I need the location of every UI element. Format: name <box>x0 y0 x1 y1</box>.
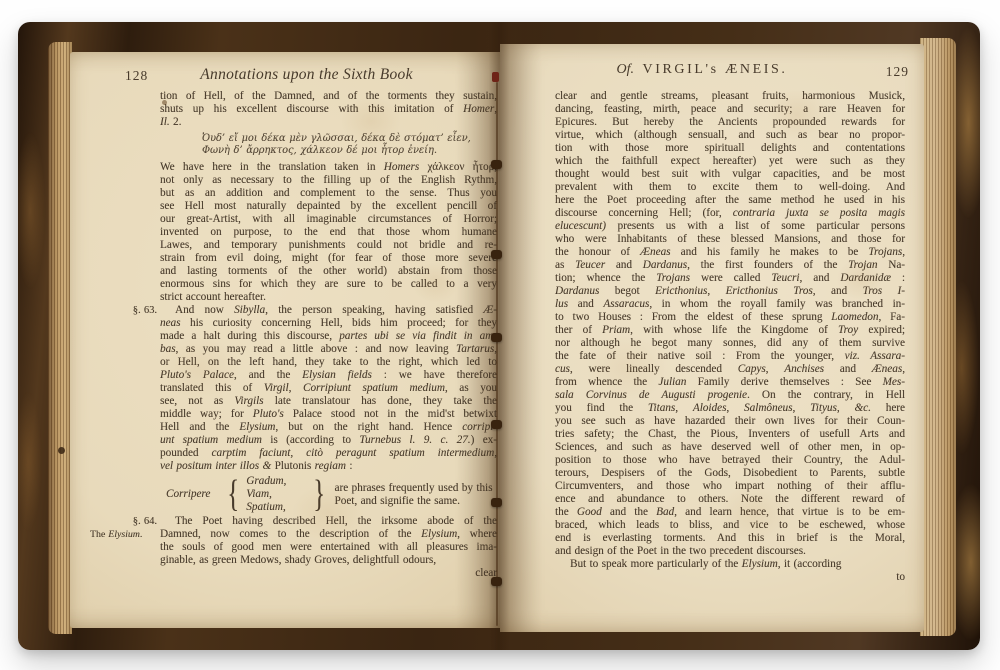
text-line: end is everlasting torments. And this in… <box>555 532 905 545</box>
paragraph-row: §. 64.The Elysium. The Poet having descr… <box>70 515 500 567</box>
binding-mark <box>492 72 499 82</box>
text-line: discourse concerning Hell; (for, contrar… <box>555 207 905 220</box>
paragraph-row: We have here in the translation taken in… <box>70 161 500 304</box>
text-line: pounded carptim faciunt, citò peragunt s… <box>160 447 497 460</box>
paragraph-row: Corripere { Gradum,Viam,Spatium, } are p… <box>70 473 500 515</box>
paragraph-row: §. 63. And now Sibylla, the person speak… <box>70 304 500 473</box>
text-line: And now Sibylla, the person speaking, ha… <box>160 304 497 317</box>
text-line: Φωνὴ δ’ ἄρρηκτος, χάλκεον δέ μοι ἦτορ ἐν… <box>202 145 497 157</box>
right-page-body: clear and gentle streams, pleasant fruit… <box>500 90 924 584</box>
margin-column <box>90 90 160 129</box>
text-line: lus and Assaracus, in whom the royall fa… <box>555 298 905 311</box>
book: 128 Annotations upon the Sixth Book tion… <box>18 22 980 650</box>
text-line: thought would best suit with vulgar capa… <box>555 168 905 181</box>
right-page-header: Of. VIRGIL's ÆNEIS. 129 <box>500 62 905 86</box>
stitch-knot <box>491 498 502 507</box>
text-line: §. 63. <box>90 304 157 317</box>
text-line: which the faithfull expect hereafter) ye… <box>555 155 905 168</box>
paragraph-closing: But to speak more particularly of the El… <box>555 558 905 571</box>
text-line: Circumventers, and those who impart noth… <box>555 480 905 493</box>
page-edges-left <box>48 42 72 634</box>
text-line: from whence the Julian Family derive the… <box>555 376 905 389</box>
stitch-knot <box>491 250 502 259</box>
running-title-right: Of. VIRGIL's ÆNEIS. <box>527 62 877 78</box>
margin-column <box>90 473 160 515</box>
paragraph-section-64: The Poet having described Hell, the irks… <box>160 515 497 567</box>
paragraph-main: clear and gentle streams, pleasant fruit… <box>555 90 905 558</box>
page-number-right: 129 <box>886 64 909 80</box>
foxing-spot <box>58 447 65 454</box>
text-line: cus, were lineally descended Capys, Anch… <box>555 363 905 376</box>
margin-column <box>90 567 160 580</box>
text-line: Epicures. But hereby the Ancients propou… <box>555 116 905 129</box>
text-line: but as an addition and complement to the… <box>160 187 497 200</box>
foxing-spot <box>162 100 167 105</box>
text-line: Sciences, and such as have deserved well… <box>555 441 905 454</box>
text-line: middle way; for Pluto's Palace stood not… <box>160 408 497 421</box>
text-line: clear and gentle streams, pleasant fruit… <box>555 90 905 103</box>
paragraph-section-63: And now Sibylla, the person speaking, ha… <box>160 304 497 473</box>
left-page-header: 128 Annotations upon the Sixth Book <box>70 66 500 90</box>
text-line: the fate of their native soil : From the… <box>555 350 905 363</box>
text-line: The Elysium. <box>90 528 157 541</box>
text-line: We have here in the translation taken in… <box>160 161 497 174</box>
text-line: tries safety; the Chast, the Pious, Inve… <box>555 428 905 441</box>
text-line: made a halt during this discourse, parte… <box>160 330 497 343</box>
text-line: virtue, which (although sensuall, and su… <box>555 129 905 142</box>
text-line: elucescunt) presents us with a list of s… <box>555 220 905 233</box>
left-page-body: tion of Hell, of the Damned, and of the … <box>70 90 500 580</box>
text-line: are phrases frequently used by this <box>335 482 498 495</box>
paragraph-continuation: tion of Hell, of the Damned, and of the … <box>160 90 497 129</box>
running-title-left: Annotations upon the Sixth Book <box>138 66 475 84</box>
text-line: see Hell most naturally depainted by the… <box>160 200 497 213</box>
text-line: tion; whence the Trojans were called Teu… <box>555 272 905 285</box>
brace-table: Corripere { Gradum,Viam,Spatium, } are p… <box>160 475 497 514</box>
text-line: not only as necessary to the filling up … <box>160 174 497 187</box>
text-line: the honour of Æneas and his family he ma… <box>555 246 905 259</box>
text-line: and design of the Poet in the two preced… <box>555 545 905 558</box>
running-title-prefix: Of. <box>617 62 635 77</box>
text-line: to two Houses : From the eldest of these… <box>555 311 905 324</box>
catchword-right: to <box>555 571 905 584</box>
text-line: translated this of Virgil, Corripiunt sp… <box>160 382 497 395</box>
text-line: ginable, as green Medows, shady Groves, … <box>160 554 497 567</box>
text-line: who were Inhabitants of these blessed Ma… <box>555 233 905 246</box>
text-line: as Teucer and Dardanus, the first founde… <box>555 259 905 272</box>
text-line: Poet, and signifie the same. <box>335 495 498 508</box>
text-line: Gradum, <box>246 475 310 488</box>
catchword-left: clear <box>160 567 497 580</box>
text-line: or Hell, on the left hand, they take to … <box>160 356 497 369</box>
text-line: braced, which leads to bliss, and vice t… <box>555 519 905 532</box>
text-line: nor although he begot many sonnes, did a… <box>555 337 905 350</box>
text-line: invented on purpose, to the end that tho… <box>160 226 497 239</box>
text-line: §. 64. <box>90 515 157 528</box>
text-line: you find the Titans, Aloides, Salmôneus,… <box>555 402 905 415</box>
text-line: unt spatium medium is (according to Turn… <box>160 434 497 447</box>
text-line: Il. 2. <box>160 116 497 129</box>
text-line: strain from evil doing, might (for fear … <box>160 252 497 265</box>
left-page: 128 Annotations upon the Sixth Book tion… <box>70 52 500 628</box>
text-line: neas his curiosity concerning Hell, bids… <box>160 317 497 330</box>
text-line: Dardanus begot Ericthonius, Ericthonius … <box>555 285 905 298</box>
text-line: The Poet having described Hell, the irks… <box>160 515 497 528</box>
text-line: vel positum inter illos & Plutonis regia… <box>160 460 497 473</box>
margin-column <box>90 161 160 304</box>
text-line: strict account hereafter. <box>160 291 497 304</box>
text-line: Lawes, and temporary punishments could n… <box>160 239 497 252</box>
text-line: tion with those more spirituall delights… <box>555 142 905 155</box>
left-brace-glyph: { <box>227 475 239 513</box>
right-page: Of. VIRGIL's ÆNEIS. 129 clear and gentle… <box>500 44 924 632</box>
paragraph-translation: We have here in the translation taken in… <box>160 161 497 304</box>
text-line: enormous sins for which they are sure to… <box>160 278 497 291</box>
text-line: Ὀυδ’ εἴ μοι δέκα μὲν γλῶσσαι, δέκα δὲ στ… <box>202 133 497 145</box>
text-line: dancing, feasting, mirth, peace and secu… <box>555 103 905 116</box>
text-line: shuts up his excellent discourse with th… <box>160 103 497 116</box>
stitch-knot <box>491 420 502 429</box>
paragraph-row: tion of Hell, of the Damned, and of the … <box>70 90 500 129</box>
running-title-main: VIRGIL's ÆNEIS. <box>643 62 788 77</box>
text-line: Damned, now comes to the description of … <box>160 528 497 541</box>
greek-quotation: Ὀυδ’ εἴ μοι δέκα μὲν γλῶσσαι, δέκα δὲ στ… <box>160 133 497 157</box>
text-line: Hell and the Elysium, but on the right h… <box>160 421 497 434</box>
text-line: But to speak more particularly of the El… <box>555 558 905 571</box>
text-line: Viam, <box>246 488 310 501</box>
brace-label: Corripere <box>160 488 224 501</box>
text-line: the Good and the Bad, and learn hence, t… <box>555 506 905 519</box>
right-brace-glyph: } <box>313 475 325 513</box>
stitch-knot <box>491 333 502 342</box>
stitch-knot <box>491 577 502 586</box>
fore-edge-right <box>920 38 956 636</box>
stitch-knot <box>491 160 502 169</box>
margin-note-section-64: §. 64.The Elysium. <box>90 515 160 567</box>
text-line: prevalent with them to excite them to we… <box>555 181 905 194</box>
binding-gutter <box>488 82 506 626</box>
text-line: sala Corvinus de Augusti progenie. On th… <box>555 389 905 402</box>
photo-background: 128 Annotations upon the Sixth Book tion… <box>0 0 1000 670</box>
text-line: here the Poet proceeding after the same … <box>555 194 905 207</box>
text-line: see, not as Virgils late translatour has… <box>160 395 497 408</box>
text-line: you see such as have hazarded their own … <box>555 415 905 428</box>
catchword-row: clear <box>70 567 500 580</box>
text-line: Spatium, <box>246 501 310 514</box>
text-line: the souls of good men were entertained w… <box>160 541 497 554</box>
text-line: ence and abundance to others. Note the d… <box>555 493 905 506</box>
brace-result: are phrases frequently used by thisPoet,… <box>329 482 498 508</box>
text-line: ther of Priam, with whose life the Kingd… <box>555 324 905 337</box>
text-line: our great-Artist, with all imaginable ci… <box>160 213 497 226</box>
margin-column <box>90 129 160 161</box>
text-line: position to those who have betrayed thei… <box>555 454 905 467</box>
text-line: bas, as you may read a little above : an… <box>160 343 497 356</box>
text-line: and lasting torments of the other world)… <box>160 265 497 278</box>
text-line: Pluto's Palace, and the Elysian fields :… <box>160 369 497 382</box>
text-line: tion of Hell, of the Damned, and of the … <box>160 90 497 103</box>
paragraph-row: Ὀυδ’ εἴ μοι δέκα μὲν γλῶσσαι, δέκα δὲ στ… <box>70 129 500 161</box>
margin-note-section-63: §. 63. <box>90 304 160 473</box>
text-line: terours, Despisers of the Gods, Disobedi… <box>555 467 905 480</box>
brace-items: Gradum,Viam,Spatium, <box>242 475 310 514</box>
